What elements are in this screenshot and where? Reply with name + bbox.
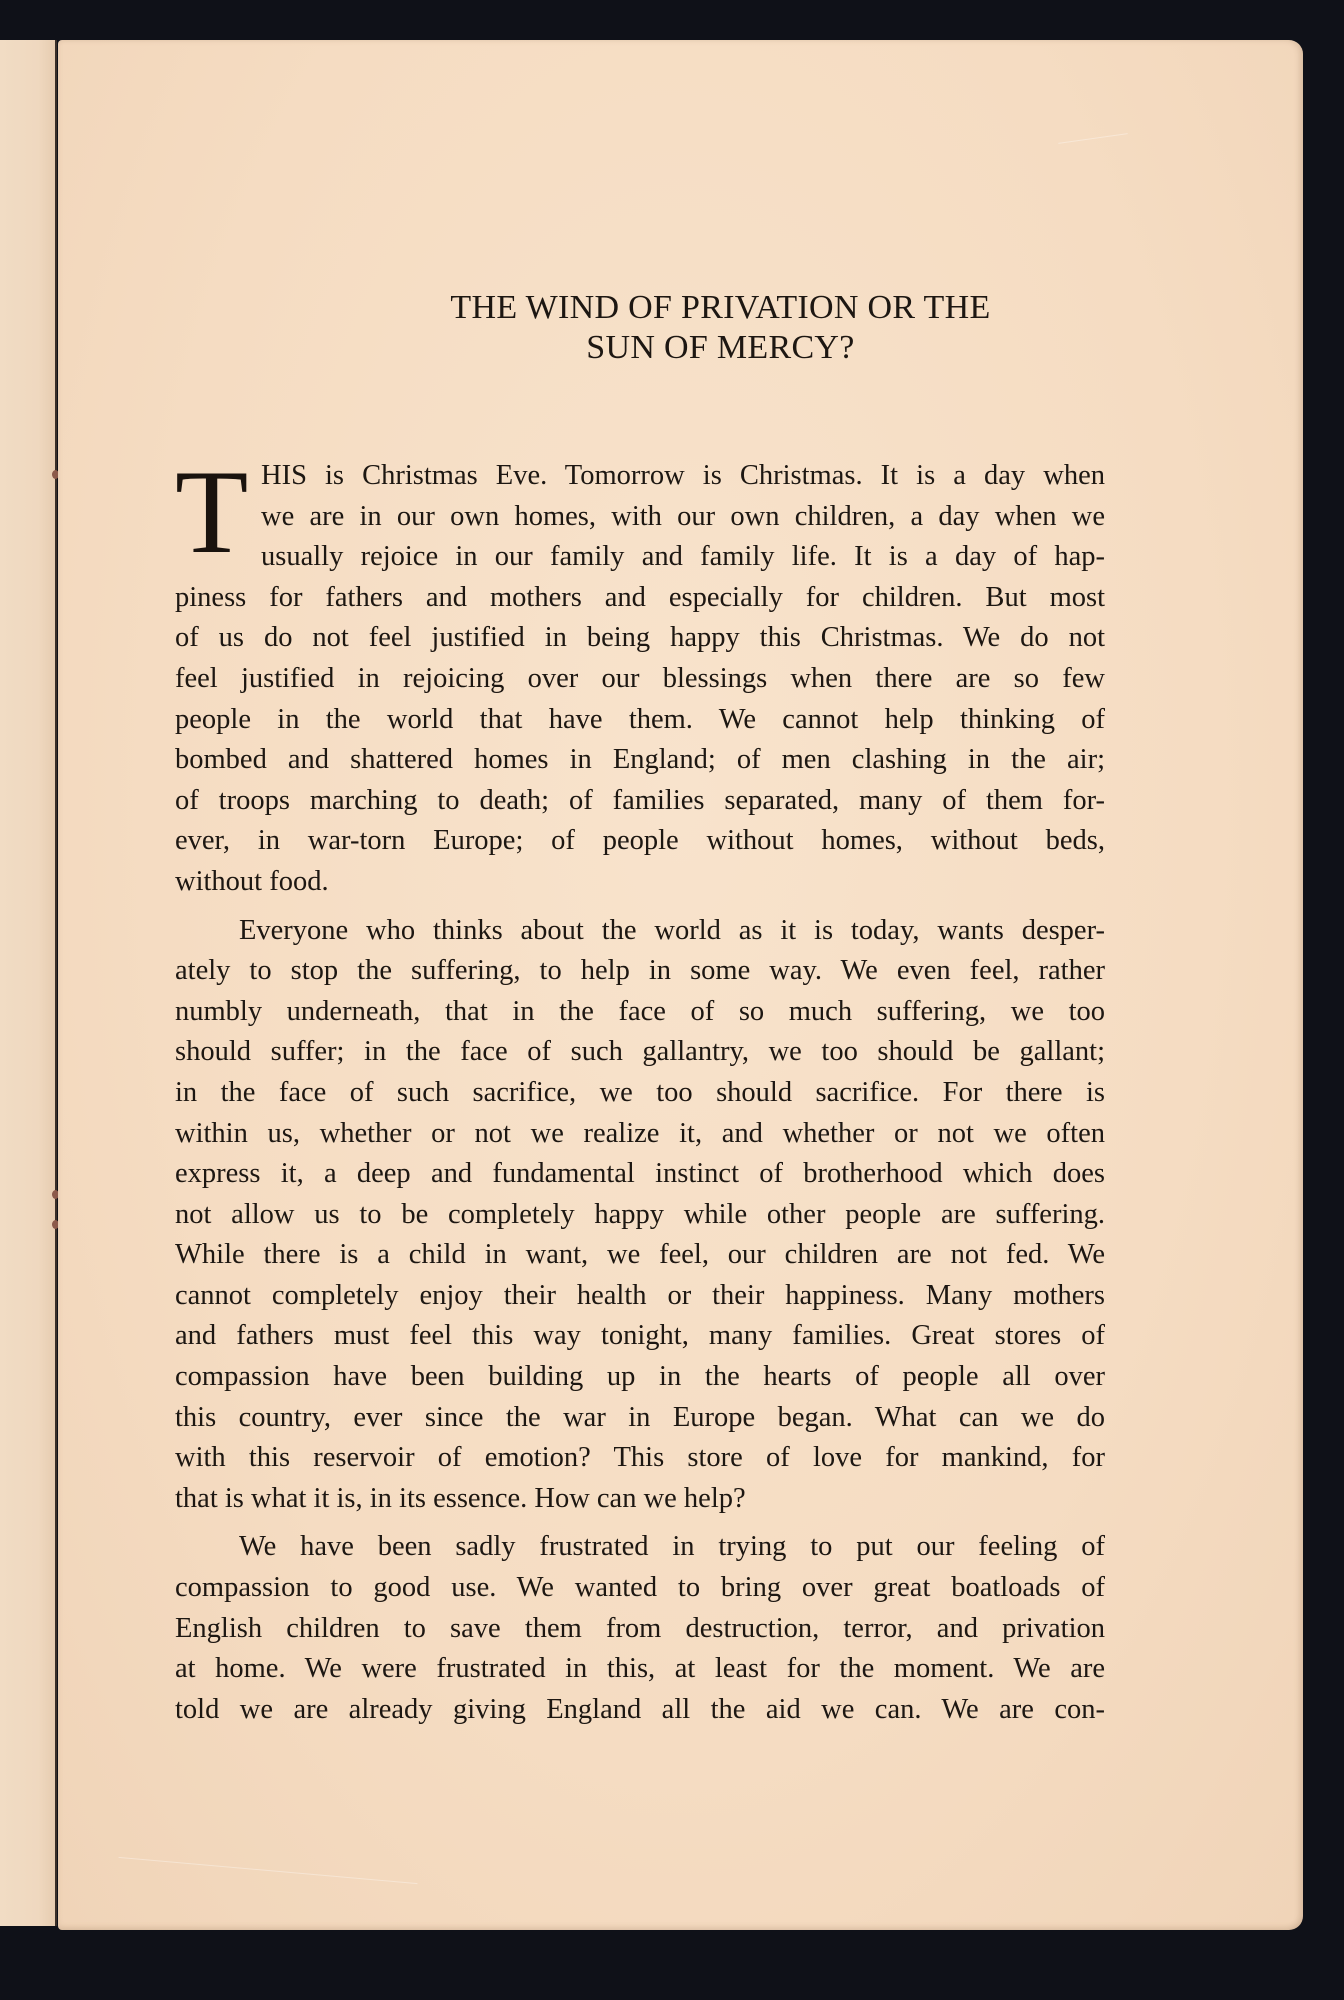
text-line: usually rejoice in our family and family… [175, 537, 1105, 578]
text-line: ever, in war-torn Europe; of people with… [175, 821, 1105, 862]
text-line: English children to save them from destr… [175, 1609, 1105, 1650]
page-title: THE WIND OF PRIVATION OR THE SUN OF MERC… [58, 288, 1303, 368]
title-line-2: SUN OF MERCY? [138, 328, 1303, 368]
text-line: should suffer; in the face of such galla… [175, 1032, 1105, 1073]
text-line: ately to stop the suffering, to help in … [175, 951, 1105, 992]
body-text: T HIS is Christmas Eve. Tomorrow is Chri… [175, 456, 1105, 1730]
text-line: Everyone who thinks about the world as i… [175, 911, 1105, 952]
text-line: that is what it is, in its essence. How … [175, 1479, 1105, 1520]
text-line: feel justified in rejoicing over our ble… [175, 659, 1105, 700]
text-line: at home. We were frustrated in this, at … [175, 1649, 1105, 1690]
text-line: told we are already giving England all t… [175, 1690, 1105, 1731]
paragraph-1: HIS is Christmas Eve. Tomorrow is Christ… [175, 456, 1105, 903]
text-line: cannot completely enjoy their health or … [175, 1276, 1105, 1317]
title-line-1: THE WIND OF PRIVATION OR THE [138, 288, 1303, 328]
text-line: numbly underneath, that in the face of s… [175, 992, 1105, 1033]
text-line: bombed and shattered homes in England; o… [175, 740, 1105, 781]
paragraph-3: We have been sadly frustrated in trying … [175, 1527, 1105, 1730]
text-line: this country, ever since the war in Euro… [175, 1398, 1105, 1439]
text-line: We have been sadly frustrated in trying … [175, 1527, 1105, 1568]
text-line: While there is a child in want, we feel,… [175, 1235, 1105, 1276]
text-line: of us do not feel justified in being hap… [175, 618, 1105, 659]
text-line: compassion to good use. We wanted to bri… [175, 1568, 1105, 1609]
text-line: HIS is Christmas Eve. Tomorrow is Christ… [175, 456, 1105, 497]
text-line: compassion have been building up in the … [175, 1357, 1105, 1398]
paragraph-2: Everyone who thinks about the world as i… [175, 911, 1105, 1520]
text-line: with this reservoir of emotion? This sto… [175, 1438, 1105, 1479]
document-page: THE WIND OF PRIVATION OR THE SUN OF MERC… [58, 40, 1303, 1930]
text-line: within us, whether or not we realize it,… [175, 1114, 1105, 1155]
text-line: and fathers must feel this way tonight, … [175, 1316, 1105, 1357]
text-line: piness for fathers and mothers and espec… [175, 578, 1105, 619]
facing-page-edge [0, 40, 57, 1926]
text-line: without food. [175, 862, 1105, 903]
text-line: in the face of such sacrifice, we too sh… [175, 1073, 1105, 1114]
text-line: of troops marching to death; of families… [175, 781, 1105, 822]
text-line: we are in our own homes, with our own ch… [175, 497, 1105, 538]
text-line: express it, a deep and fundamental insti… [175, 1154, 1105, 1195]
paper-crease [119, 1857, 418, 1884]
drop-cap: T [175, 462, 248, 562]
paper-crease [1058, 133, 1127, 144]
text-line: people in the world that have them. We c… [175, 700, 1105, 741]
text-line: not allow us to be completely happy whil… [175, 1195, 1105, 1236]
